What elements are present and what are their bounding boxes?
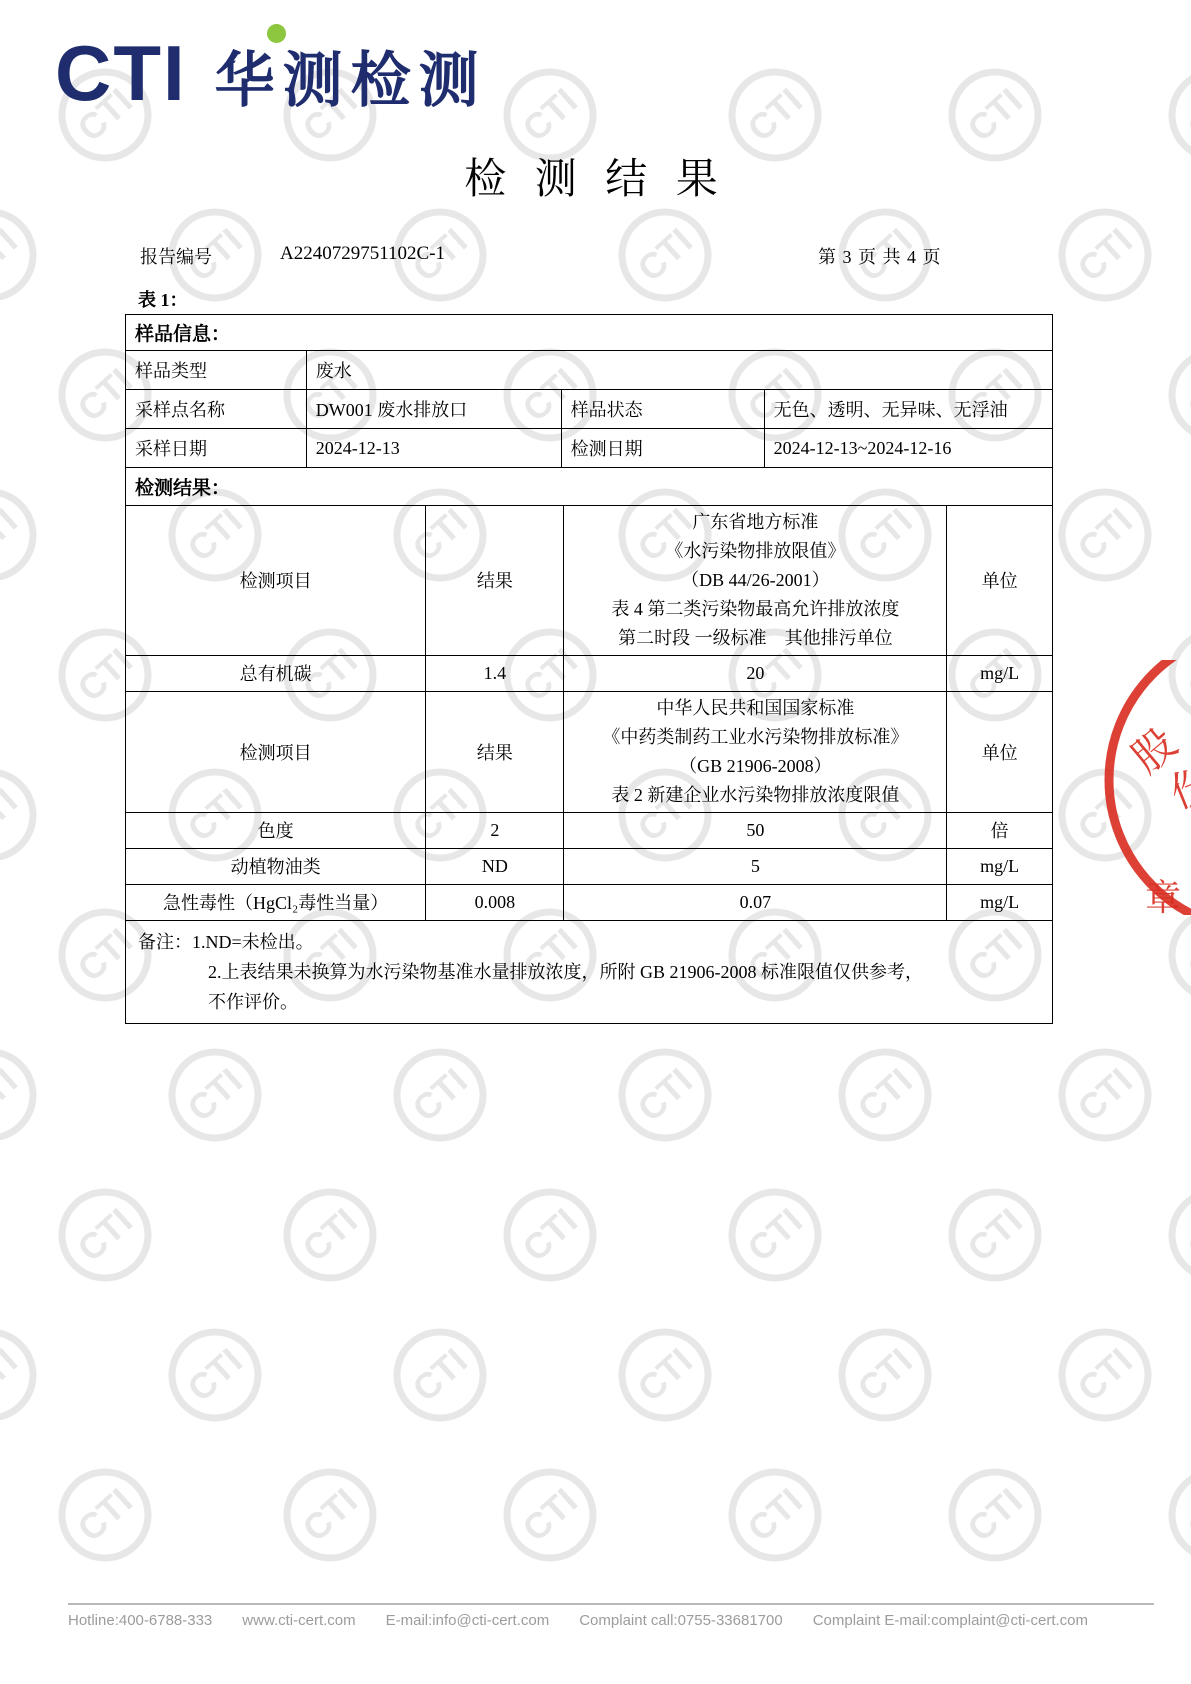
result-value: 0.008: [426, 884, 564, 920]
test-date-label: 检测日期: [561, 429, 764, 468]
result-value: ND: [426, 848, 564, 884]
footer-hotline: Hotline:400-6788-333: [68, 1612, 212, 1629]
standard-2-description: 中华人民共和国国家标准 《中药类制药工业水污染物排放标准》 （GB 21906-…: [564, 691, 947, 812]
table-row: 动植物油类 ND 5 mg/L: [126, 848, 1053, 884]
footer-website: www.cti-cert.com: [242, 1612, 355, 1629]
column-header-result: 结果: [426, 505, 564, 655]
sampling-date-value: 2024-12-13: [306, 429, 561, 468]
result-limit: 20: [564, 655, 947, 691]
remark-line: 备注：1.ND=未检出。: [138, 927, 1040, 957]
table-row-header-standard-2: 检测项目 结果 中华人民共和国国家标准 《中药类制药工业水污染物排放标准》 （G…: [126, 691, 1053, 812]
report-page: CTICTICTICTICTICTICTICTICTICTICTICTICTIC…: [0, 0, 1191, 1684]
table-row-remarks: 备注：1.ND=未检出。 2.上表结果未换算为水污染物基准水量排放浓度，所附 G…: [126, 920, 1053, 1023]
test-date-value: 2024-12-13~2024-12-16: [764, 429, 1052, 468]
result-limit: 50: [564, 812, 947, 848]
result-item: 急性毒性（HgCl₂毒性当量）: [126, 884, 426, 920]
stamp-char: 章: [1145, 878, 1181, 915]
column-header-item: 检测项目: [126, 691, 426, 812]
result-item: 动植物油类: [126, 848, 426, 884]
sampling-point-value: DW001 废水排放口: [306, 390, 561, 429]
sample-type-value: 废水: [306, 351, 1052, 390]
cti-logo-green-dot-icon: [267, 24, 286, 43]
result-unit: 倍: [947, 812, 1053, 848]
column-header-item: 检测项目: [126, 505, 426, 655]
sample-info-section-title: 样品信息：: [126, 315, 1053, 351]
report-no-value: A2240729751102C-1: [280, 243, 445, 265]
result-unit: mg/L: [947, 884, 1053, 920]
cti-logo-text: CTI: [55, 34, 187, 112]
red-seal-stamp: 股 份 章: [1041, 660, 1191, 915]
report-tables: 样品信息： 样品类型 废水 采样点名称 DW001 废水排放口 样品状态 无色、…: [125, 314, 1053, 1024]
result-value: 2: [426, 812, 564, 848]
table-row: 采样日期 2024-12-13 检测日期 2024-12-13~2024-12-…: [126, 429, 1053, 468]
page-title: 检 测 结 果: [0, 146, 1191, 206]
result-unit: mg/L: [947, 848, 1053, 884]
footer-email: E-mail:info@cti-cert.com: [386, 1612, 550, 1629]
footer-complaint-call: Complaint call:0755-33681700: [579, 1612, 782, 1629]
standard-1-description: 广东省地方标准 《水污染物排放限值》 （DB 44/26-2001） 表 4 第…: [564, 505, 947, 655]
sampling-point-label: 采样点名称: [126, 390, 307, 429]
sampling-date-label: 采样日期: [126, 429, 307, 468]
table-row: 样品信息：: [126, 315, 1053, 351]
table-row: 急性毒性（HgCl₂毒性当量） 0.008 0.07 mg/L: [126, 884, 1053, 920]
result-limit: 5: [564, 848, 947, 884]
test-results-table: 检测结果： 检测项目 结果 广东省地方标准 《水污染物排放限值》 （DB 44/…: [125, 467, 1053, 1024]
sample-status-label: 样品状态: [561, 390, 764, 429]
page-indicator: 第 3 页 共 4 页: [818, 243, 942, 269]
result-unit: mg/L: [947, 655, 1053, 691]
cti-logo: CTI 华测检测: [55, 34, 487, 112]
column-header-unit: 单位: [947, 691, 1053, 812]
result-value: 1.4: [426, 655, 564, 691]
sample-type-label: 样品类型: [126, 351, 307, 390]
table-row: 样品类型 废水: [126, 351, 1053, 390]
table-row: 总有机碳 1.4 20 mg/L: [126, 655, 1053, 691]
result-limit: 0.07: [564, 884, 947, 920]
cti-logo-chinese: 华测检测: [215, 49, 487, 112]
results-section-title: 检测结果：: [126, 467, 1053, 505]
remark-line: 不作评价。: [208, 987, 1040, 1017]
footer-complaint-email: Complaint E-mail:complaint@cti-cert.com: [813, 1612, 1088, 1629]
table-1-label: 表 1：: [138, 286, 188, 312]
result-item: 总有机碳: [126, 655, 426, 691]
sample-status-value: 无色、透明、无异味、无浮油: [764, 390, 1052, 429]
column-header-unit: 单位: [947, 505, 1053, 655]
table-row: 检测结果：: [126, 467, 1053, 505]
table-row-header-standard-1: 检测项目 结果 广东省地方标准 《水污染物排放限值》 （DB 44/26-200…: [126, 505, 1053, 655]
table-row: 色度 2 50 倍: [126, 812, 1053, 848]
report-no-label: 报告编号: [140, 243, 212, 269]
footer-contacts: Hotline:400-6788-333 www.cti-cert.com E-…: [68, 1612, 1158, 1629]
remark-line: 2.上表结果未换算为水污染物基准水量排放浓度，所附 GB 21906-2008 …: [208, 957, 1040, 987]
remarks-cell: 备注：1.ND=未检出。 2.上表结果未换算为水污染物基准水量排放浓度，所附 G…: [126, 920, 1053, 1023]
table-row: 采样点名称 DW001 废水排放口 样品状态 无色、透明、无异味、无浮油: [126, 390, 1053, 429]
sample-info-table: 样品信息： 样品类型 废水 采样点名称 DW001 废水排放口 样品状态 无色、…: [125, 314, 1053, 468]
footer-divider: [68, 1603, 1154, 1605]
column-header-result: 结果: [426, 691, 564, 812]
result-item: 色度: [126, 812, 426, 848]
